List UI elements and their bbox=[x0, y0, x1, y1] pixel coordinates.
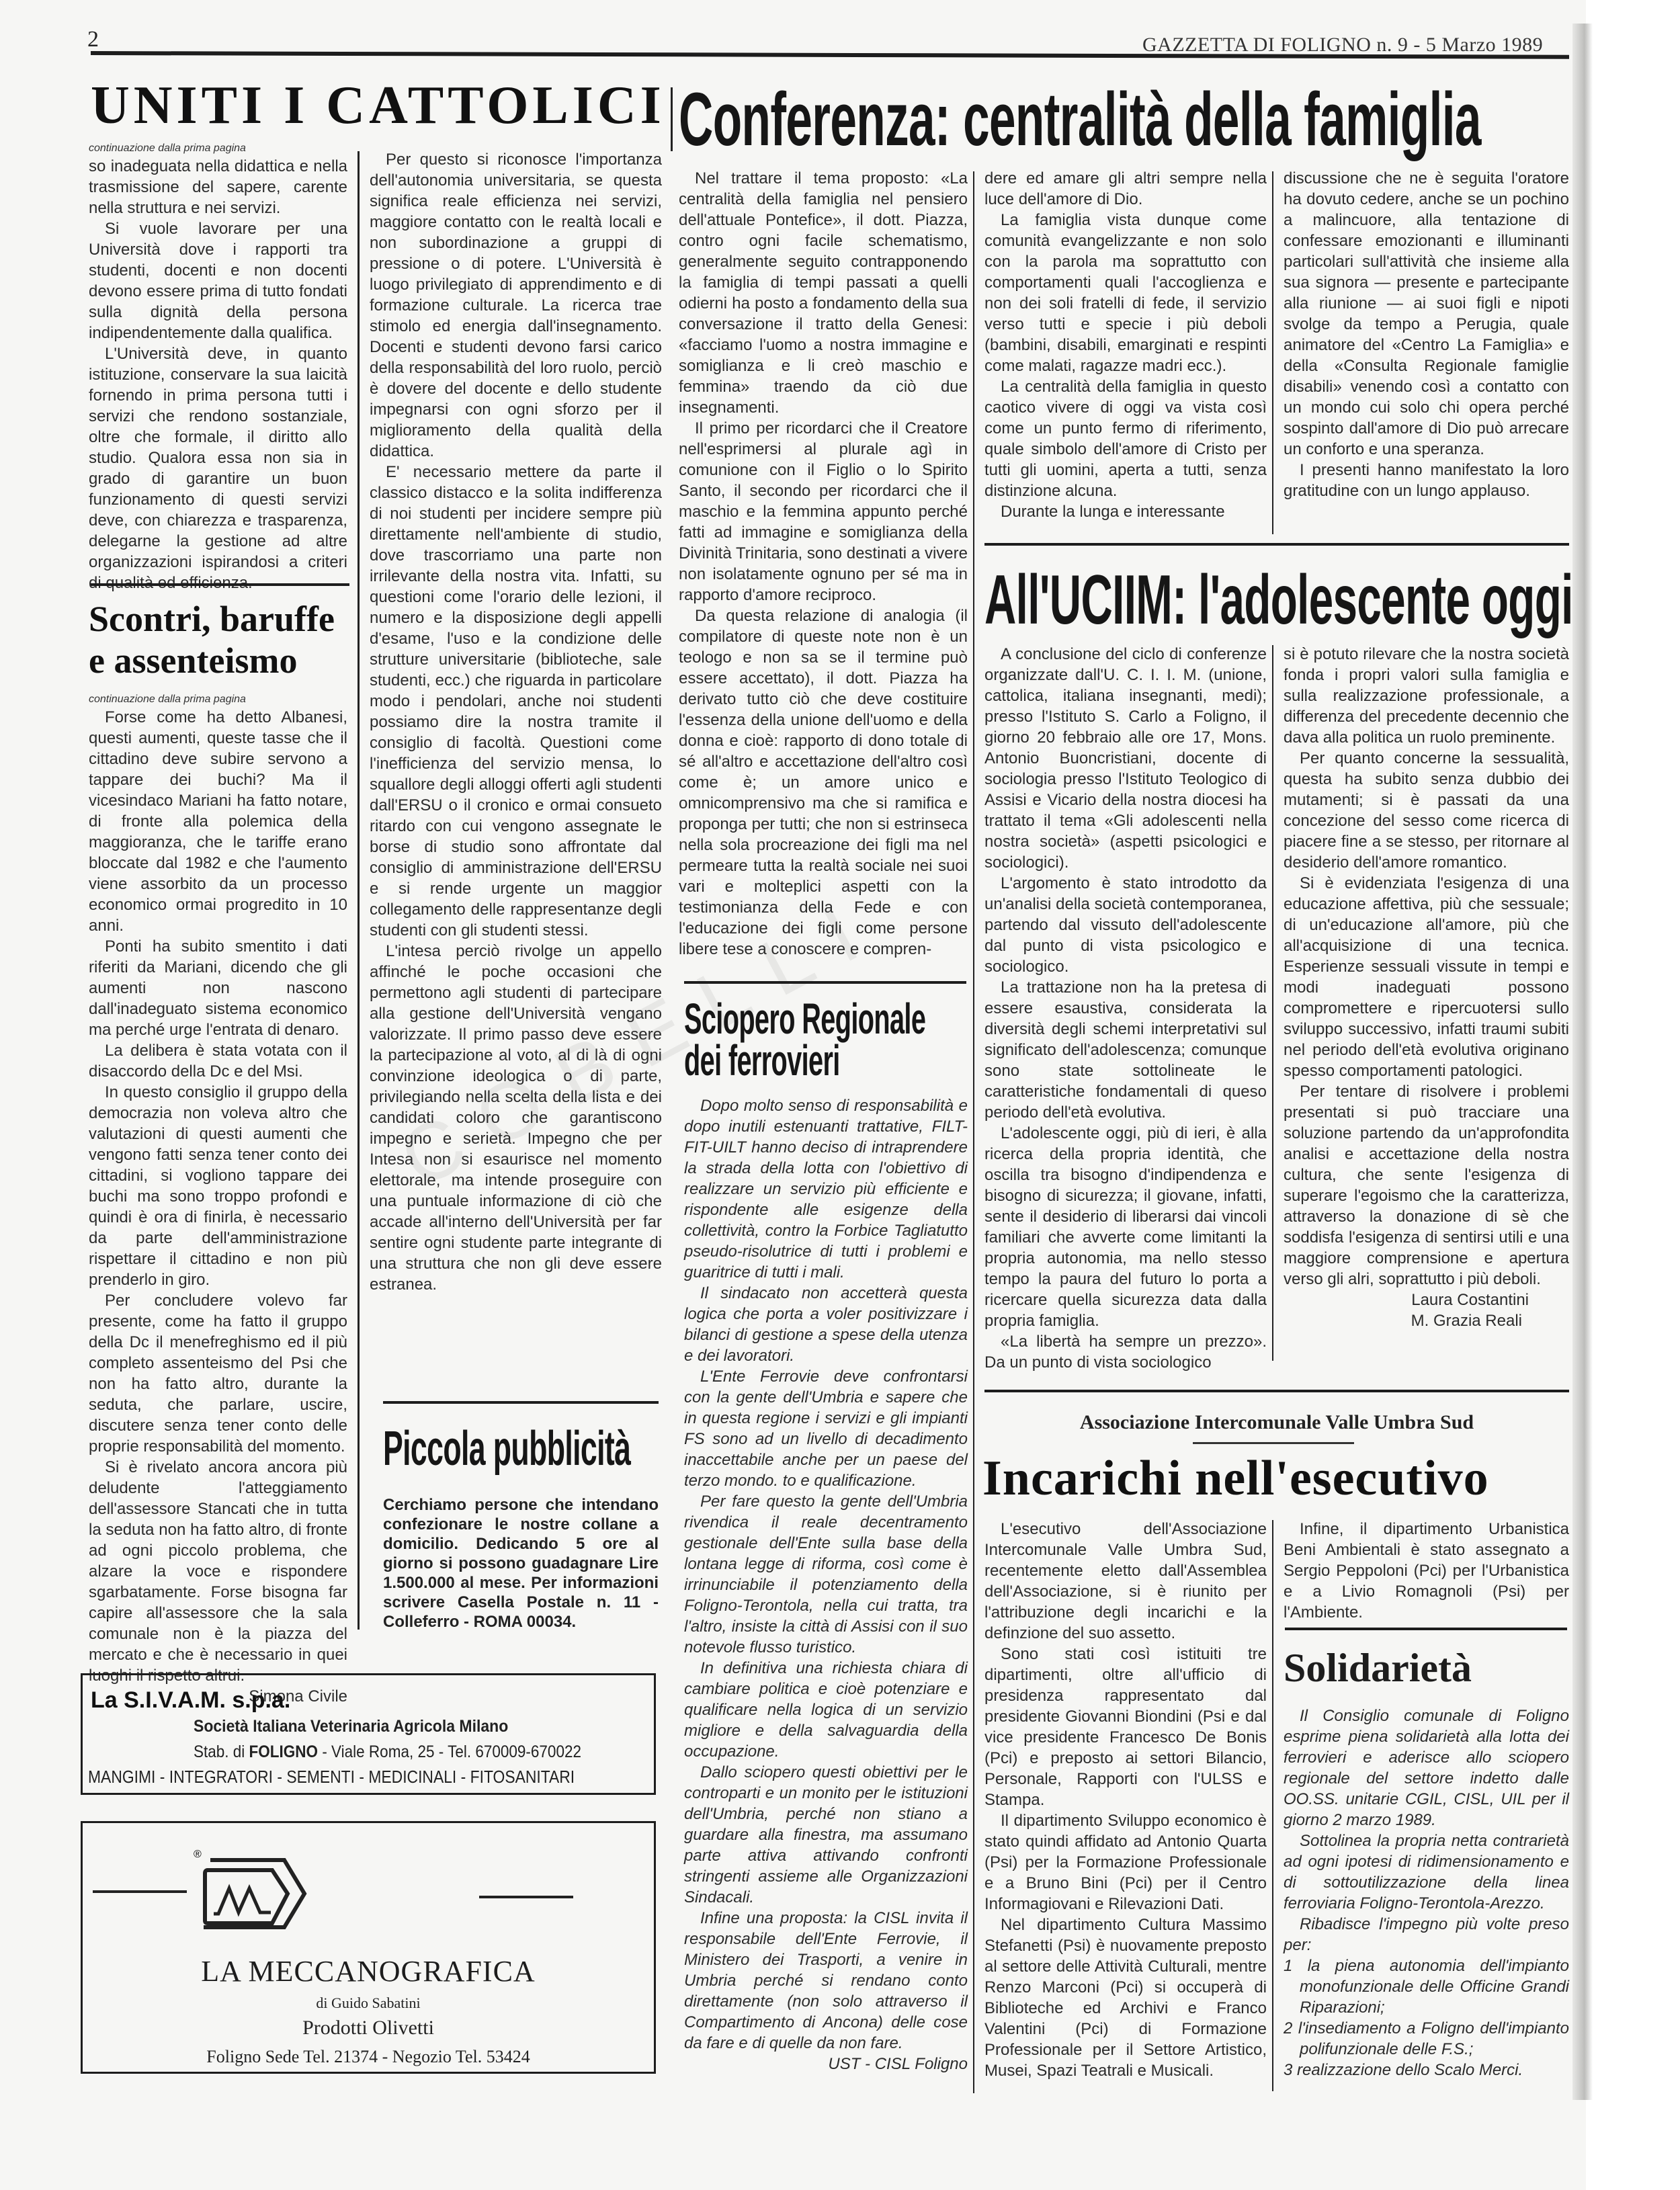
conferenza-title: Conferenza: centralità della famiglia bbox=[679, 79, 1481, 160]
sciopero-article: Dopo molto senso di responsabilità e dop… bbox=[684, 1095, 968, 2074]
paragraph: Ribadisce l'impegno più volte preso per: bbox=[1284, 1914, 1569, 1955]
paragraph: Per concludere volevo far presente, come… bbox=[89, 1290, 347, 1457]
uniti-col1: continuazione dalla prima pagina so inad… bbox=[89, 142, 347, 593]
paragraph: Infine, il dipartimento Urbanistica Beni… bbox=[1284, 1519, 1569, 1623]
paragraph: Da questa relazione di analogia (il comp… bbox=[679, 605, 968, 960]
sciopero-title-line2: dei ferrovieri bbox=[684, 1040, 925, 1081]
meccanografica-contacts: Foligno Sede Tel. 21374 - Negozio Tel. 5… bbox=[83, 2047, 654, 2067]
paragraph: Per quanto concerne la sessualità, quest… bbox=[1284, 748, 1569, 873]
conferenza-col1: Nel trattare il tema proposto: «La centr… bbox=[679, 168, 968, 960]
meccanografica-name: LA MECCANOGRAFICA bbox=[83, 1954, 654, 1988]
paragraph: Il sindacato non accetterà questa logica… bbox=[684, 1283, 968, 1366]
paragraph: Si è evidenziata l'esigenza di una educa… bbox=[1284, 873, 1569, 1081]
paragraph: In questo consiglio il gruppo della demo… bbox=[89, 1082, 347, 1290]
conferenza-col2: dere ed amare gli altri sempre nella luc… bbox=[984, 168, 1267, 522]
paragraph: so inadeguata nella didattica e nella tr… bbox=[89, 156, 347, 218]
piccola-text: Cerchiamo persone che intendano confezio… bbox=[383, 1495, 659, 1632]
byline: UST - CISL Foligno bbox=[684, 2054, 968, 2074]
scontri-title: Scontri, baruffe e assenteismo bbox=[89, 598, 351, 681]
meccanografica-owner: di Guido Sabatini bbox=[83, 1994, 654, 2012]
list-item: 2 l'insediamento a Foligno dell'impianto… bbox=[1284, 2018, 1569, 2060]
paragraph: Sono stati così istituiti tre dipartimen… bbox=[984, 1644, 1267, 1810]
paragraph: Durante la lunga e interessante bbox=[984, 501, 1267, 522]
paragraph: La delibera è stata votata con il disacc… bbox=[89, 1040, 347, 1082]
paragraph: Dopo molto senso di responsabilità e dop… bbox=[684, 1095, 968, 1283]
title-divider bbox=[671, 87, 673, 151]
page-number: 2 bbox=[87, 27, 99, 52]
paragraph: Infine una proposta: la CISL invita il r… bbox=[684, 1908, 968, 2054]
uciim-col2: si è potuto rilevare che la nostra socie… bbox=[1284, 644, 1569, 1331]
scontri-title-line1: Scontri, baruffe bbox=[89, 598, 351, 640]
section-rule bbox=[684, 981, 966, 984]
sivam-name: La S.I.V.A.M. s.p.a. bbox=[91, 1687, 290, 1714]
incarichi-kicker: Associazione Intercomunale Valle Umbra S… bbox=[984, 1411, 1569, 1434]
paragraph: L'adolescente oggi, più di ieri, è alla … bbox=[984, 1123, 1267, 1331]
paragraph: La trattazione non ha la pretesa di esse… bbox=[984, 977, 1267, 1123]
column-rule bbox=[1272, 1520, 1273, 2091]
sivam-ad: La S.I.V.A.M. s.p.a. Società Italiana Ve… bbox=[81, 1673, 656, 1795]
sivam-subtitle: Società Italiana Veterinaria Agricola Mi… bbox=[194, 1717, 508, 1736]
paragraph: Il Consiglio comunale di Foligno esprime… bbox=[1284, 1705, 1569, 1830]
uniti-title: UNITI I CATTOLICI bbox=[91, 75, 665, 136]
column-rule bbox=[358, 151, 360, 1630]
paragraph: In definitiva una richiesta chiara di ca… bbox=[684, 1658, 968, 1762]
section-rule bbox=[1285, 1628, 1567, 1630]
paragraph: discussione che ne è seguita l'oratore h… bbox=[1284, 168, 1569, 460]
section-rule bbox=[91, 583, 349, 586]
paragraph: Ponti ha subito smentito i dati riferiti… bbox=[89, 936, 347, 1040]
paragraph: Il primo per ricordarci che il Creatore … bbox=[679, 418, 968, 605]
continuation-note: continuazione dalla prima pagina bbox=[89, 693, 347, 706]
paragraph: La centralità della famiglia in questo c… bbox=[984, 376, 1267, 501]
masthead: GAZZETTA DI FOLIGNO n. 9 - 5 Marzo 1989 bbox=[1142, 34, 1543, 56]
byline: Laura Costantini bbox=[1284, 1290, 1569, 1310]
paragraph: L'argomento è stato introdotto da un'ana… bbox=[984, 873, 1267, 977]
newspaper-page: 2 GAZZETTA DI FOLIGNO n. 9 - 5 Marzo 198… bbox=[0, 0, 1586, 2190]
uciim-col1: A conclusione del ciclo di conferenze or… bbox=[984, 644, 1267, 1373]
sivam-address: Stab. di FOLIGNO - Viale Roma, 25 - Tel.… bbox=[194, 1742, 581, 1762]
byline: M. Grazia Reali bbox=[1284, 1310, 1569, 1331]
column-rule bbox=[973, 171, 974, 2093]
paragraph: Per tentare di risolvere i problemi pres… bbox=[1284, 1081, 1569, 1290]
scontri-title-line2: e assenteismo bbox=[89, 640, 351, 681]
paragraph: Per fare questo la gente dell'Umbria riv… bbox=[684, 1491, 968, 1658]
column-rule bbox=[1272, 645, 1273, 1361]
section-rule bbox=[984, 543, 1569, 546]
list-item: 3 realizzazione dello Scalo Merci. bbox=[1284, 2060, 1569, 2080]
paragraph: Nel trattare il tema proposto: «La centr… bbox=[679, 168, 968, 418]
uciim-title: All'UCIIM: l'adolescente oggi bbox=[984, 563, 1573, 637]
incarichi-col1: L'esecutivo dell'Associazione Intercomun… bbox=[984, 1519, 1267, 2081]
logo-rule-left bbox=[93, 1890, 187, 1893]
solidarieta-article: Il Consiglio comunale di Foligno esprime… bbox=[1284, 1705, 1569, 2080]
piccola-title: Piccola pubblicità bbox=[383, 1421, 630, 1476]
solidarieta-title: Solidarietà bbox=[1284, 1645, 1472, 1691]
paragraph: dere ed amare gli altri sempre nella luc… bbox=[984, 168, 1267, 210]
column-rule bbox=[1272, 171, 1273, 534]
meccanografica-logo-icon bbox=[197, 1853, 331, 1941]
continuation-note: continuazione dalla prima pagina bbox=[89, 142, 347, 155]
conferenza-title-wrap: Conferenza: centralità della famiglia bbox=[679, 79, 1680, 160]
page-edge-shadow bbox=[1572, 24, 1593, 2100]
paragraph: Per questo si riconosce l'importanza del… bbox=[370, 149, 662, 462]
incarichi-col2: Infine, il dipartimento Urbanistica Beni… bbox=[1284, 1519, 1569, 1623]
paragraph: Dallo sciopero questi obiettivi per le c… bbox=[684, 1762, 968, 1908]
paragraph: si è potuto rilevare che la nostra socie… bbox=[1284, 644, 1569, 748]
section-rule bbox=[383, 1401, 659, 1404]
paragraph: L'intesa perciò rivolge un appello affin… bbox=[370, 941, 662, 1295]
paragraph: Si è rivelato ancora ancora più deludent… bbox=[89, 1457, 347, 1686]
paragraph: L'Ente Ferrovie deve confrontarsi con la… bbox=[684, 1366, 968, 1491]
paragraph: L'Università deve, in quanto istituzione… bbox=[89, 343, 347, 593]
logo-rule-right bbox=[479, 1896, 573, 1898]
paragraph: I presenti hanno manifestato la loro gra… bbox=[1284, 460, 1569, 501]
meccanografica-products: Prodotti Olivetti bbox=[83, 2017, 654, 2039]
paragraph: Il dipartimento Sviluppo economico è sta… bbox=[984, 1810, 1267, 1914]
scontri-article: continuazione dalla prima pagina Forse c… bbox=[89, 693, 347, 1707]
paragraph: Nel dipartimento Cultura Massimo Stefane… bbox=[984, 1914, 1267, 2081]
kicker-underline bbox=[1193, 1442, 1354, 1444]
meccanografica-ad: ® LA MECCANOGRAFICA di Guido Sabatini Pr… bbox=[81, 1821, 656, 2074]
sivam-products: MANGIMI - INTEGRATORI - SEMENTI - MEDICI… bbox=[88, 1767, 575, 1787]
paragraph: Si vuole lavorare per una Università dov… bbox=[89, 218, 347, 343]
list-item: 1 la piena autonomia dell'impianto monof… bbox=[1284, 1955, 1569, 2018]
uniti-col2: Per questo si riconosce l'importanza del… bbox=[370, 149, 662, 1295]
paragraph: A conclusione del ciclo di conferenze or… bbox=[984, 644, 1267, 873]
sciopero-title-line1: Sciopero Regionale bbox=[684, 998, 925, 1040]
incarichi-title: Incarichi nell'esecutivo bbox=[982, 1450, 1574, 1507]
section-rule bbox=[984, 1390, 1569, 1392]
paragraph: L'esecutivo dell'Associazione Intercomun… bbox=[984, 1519, 1267, 1644]
conferenza-col3: discussione che ne è seguita l'oratore h… bbox=[1284, 168, 1569, 501]
paragraph: «La libertà ha sempre un prezzo». Da un … bbox=[984, 1331, 1267, 1373]
paragraph: Forse come ha detto Albanesi, questi aum… bbox=[89, 707, 347, 936]
paragraph: Sottolinea la propria netta contrarietà … bbox=[1284, 1830, 1569, 1914]
paragraph: La famiglia vista dunque come comunità e… bbox=[984, 210, 1267, 376]
paragraph: E' necessario mettere da parte il classi… bbox=[370, 462, 662, 941]
